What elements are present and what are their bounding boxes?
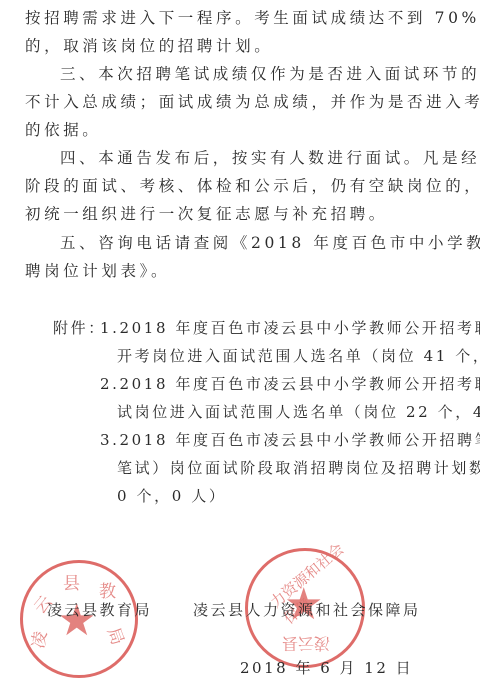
- stamp-1-char: 凌: [24, 629, 52, 650]
- attachment-3-line-3: 0 个，0 人）: [117, 486, 226, 506]
- signature-education-bureau: 凌云县教育局: [47, 599, 152, 620]
- paragraph-5-line-2: 聘岗位计划表》。: [25, 261, 170, 281]
- attachment-1-line-2: 开考岗位进入面试范围人选名单（岗位 41 个，188 人）: [117, 346, 480, 366]
- paragraph-5-line-1: 五、咨询电话请查阅《2018 年度百色市中小学教师公开招: [60, 233, 480, 253]
- document-date: 2018 年 6 月 12 日: [240, 657, 413, 678]
- stamp-1-char: 县: [63, 569, 80, 594]
- attachment-3-line-1: 3.2018 年度百色市凌云县中小学教师公开招聘笔试（免: [100, 430, 480, 450]
- signature-hr-bureau: 凌云县人力资源和社会保障局: [193, 599, 421, 620]
- paragraph-3-line-3: 的依据。: [25, 120, 101, 140]
- paragraph-4-line-1: 四、本通告发布后，按实有人数进行面试。凡是经过第一: [60, 148, 480, 168]
- attachments-label: 附件：: [53, 318, 106, 338]
- attachment-1-line-1: 1.2018 年度百色市凌云县中小学教师公开招考聘用笔试: [100, 318, 480, 338]
- paragraph-3-line-2: 不计入总成绩；面试成绩为总成绩，并作为是否进入考核环节: [25, 92, 480, 112]
- paragraph-4-line-2: 阶段的面试、考核、体检和公示后，仍有空缺岗位的，于 8 月: [25, 176, 480, 196]
- paragraph-3-line-1: 三、本次招聘笔试成绩仅作为是否进入面试环节的依据，: [60, 64, 480, 84]
- stamp-1-char: 局: [103, 623, 132, 648]
- stamp-2-char: 凌云县: [282, 633, 330, 656]
- attachment-3-line-2: 笔试）岗位面试阶段取消招聘岗位及招聘计划数（岗位: [117, 458, 480, 478]
- attachment-2-line-2: 试岗位进入面试范围人选名单（岗位 22 个，44 人）: [117, 402, 480, 422]
- paragraph-2-line-2: 的，取消该岗位的招聘计划。: [25, 36, 273, 56]
- attachment-2-line-1: 2.2018 年度百色市凌云县中小学教师公开招考聘用免笔: [100, 374, 480, 394]
- paragraph-2-line-1: 按招聘需求进入下一程序。考生面试成绩达不到 70%以上分值: [25, 8, 480, 28]
- paragraph-4-line-3: 初统一组织进行一次复征志愿与补充招聘。: [25, 204, 388, 224]
